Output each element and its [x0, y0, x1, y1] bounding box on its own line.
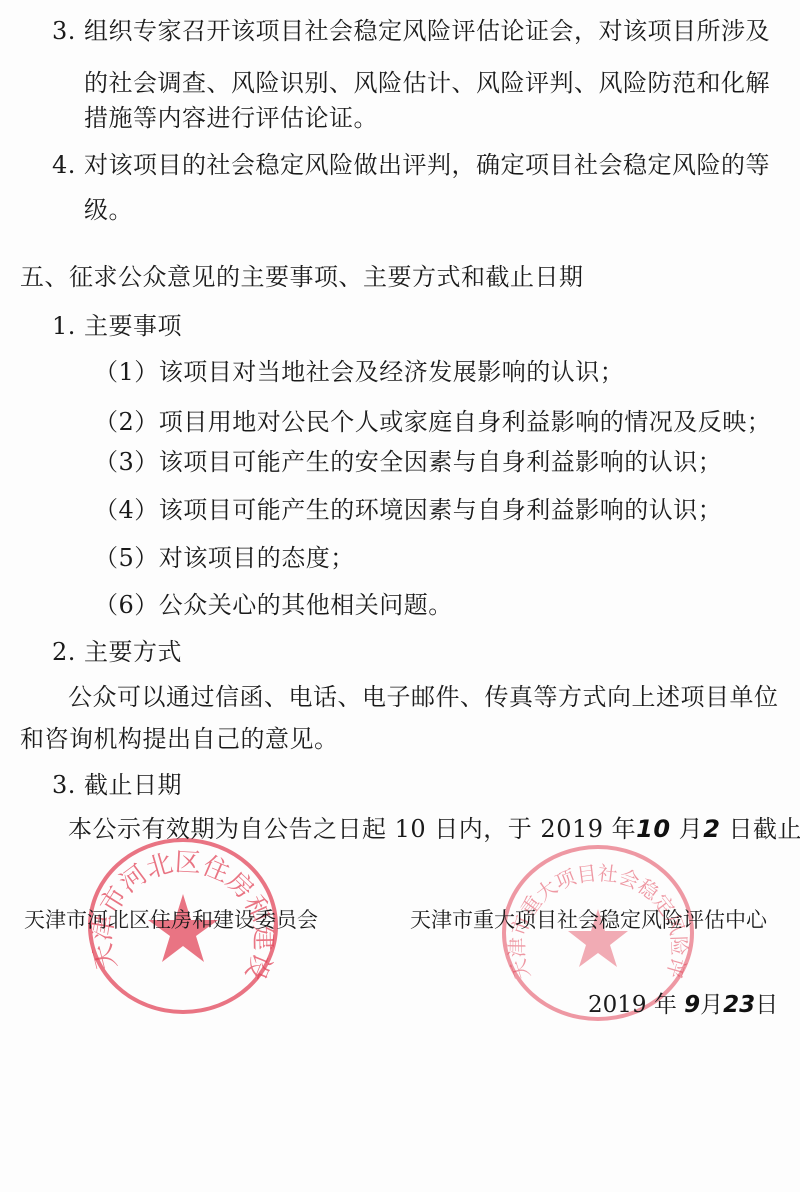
date-day-label: 日 — [755, 992, 778, 1018]
list-item: （3）该项目可能产生的安全因素与自身利益影响的认识； — [94, 447, 722, 477]
month-label: 月 — [671, 815, 704, 843]
date-year: 2019 年 — [588, 992, 684, 1018]
item3-line1: 3. 组织专家召开该项目社会稳定风险评估论证会，对该项目所涉及 — [52, 16, 770, 46]
item3-line3: 措施等内容进行评估论证。 — [84, 103, 378, 133]
deadline-text: 本公示有效期为自公告之日起 10 日内，于 2019 年10 月2 日截止。 — [68, 814, 800, 844]
document-date: 2019 年 9月23日 — [588, 990, 778, 1020]
deadline-suffix: 日截止。 — [720, 815, 800, 843]
sub1-title: 1. 主要事项 — [52, 311, 182, 341]
handwritten-day: 2 — [703, 815, 720, 843]
sub2-line2: 和咨询机构提出自己的意见。 — [20, 724, 339, 754]
item4-line2: 级。 — [84, 195, 133, 225]
item4-line1: 4. 对该项目的社会稳定风险做出评判，确定项目社会稳定风险的等 — [52, 150, 770, 180]
list-item: （5）对该项目的态度； — [94, 543, 355, 573]
handwritten-date-month: 9 — [684, 992, 700, 1018]
list-item: （2）项目用地对公民个人或家庭自身利益影响的情况及反映； — [94, 407, 771, 437]
list-item: （1）该项目对当地社会及经济发展影响的认识； — [94, 357, 624, 387]
handwritten-month: 10 — [636, 815, 670, 843]
signature-left: 天津市河北区住房和建设委员会 — [24, 906, 318, 934]
sub2-line1: 公众可以通过信函、电话、电子邮件、传真等方式向上述项目单位 — [68, 682, 779, 712]
date-month-label: 月 — [700, 992, 723, 1018]
sub3-title: 3. 截止日期 — [52, 770, 182, 800]
handwritten-date-day: 23 — [723, 992, 755, 1018]
sub2-title: 2. 主要方式 — [52, 637, 182, 667]
signature-right: 天津市重大项目社会稳定风险评估中心 — [410, 906, 767, 934]
list-item: （4）该项目可能产生的环境因素与自身利益影响的认识； — [94, 495, 722, 525]
item3-line2: 的社会调查、风险识别、风险估计、风险评判、风险防范和化解 — [84, 68, 770, 98]
section5-title: 五、征求公众意见的主要事项、主要方式和截止日期 — [20, 262, 584, 292]
list-item: （6）公众关心的其他相关问题。 — [94, 590, 453, 620]
deadline-prefix: 本公示有效期为自公告之日起 10 日内，于 2019 年 — [68, 815, 636, 843]
